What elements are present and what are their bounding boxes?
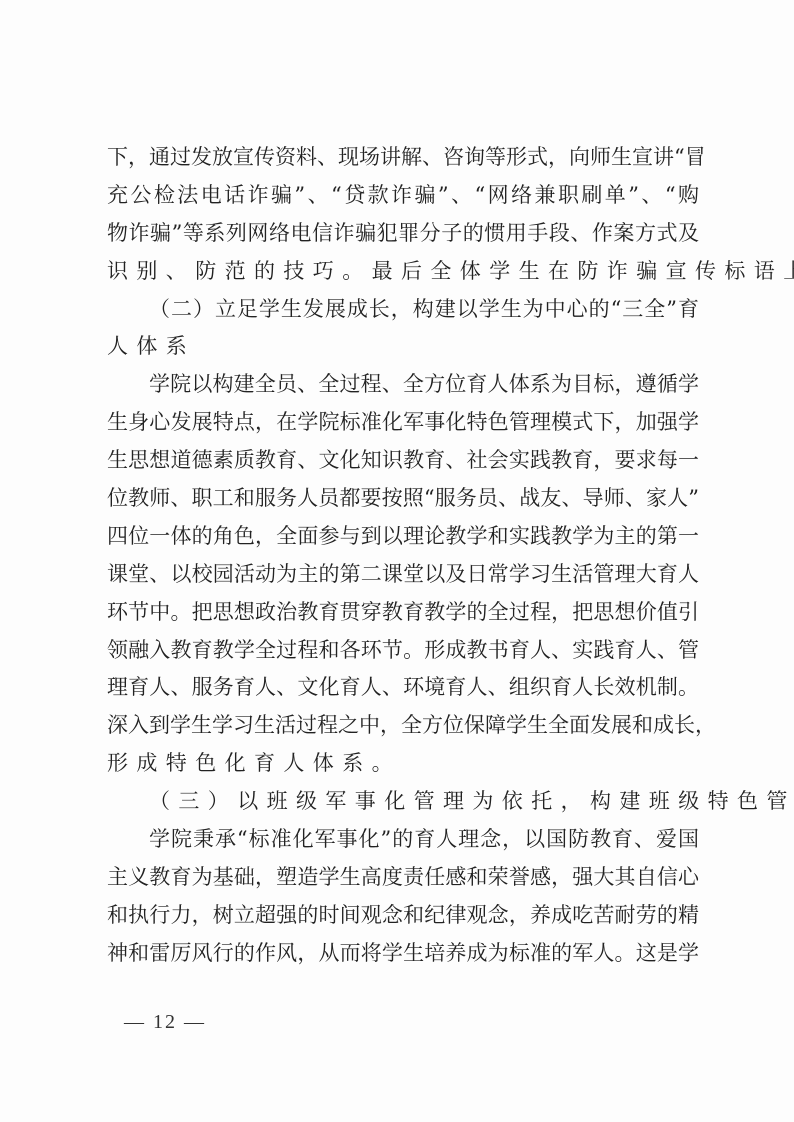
text-line: 生身心发展特点，在学院标准化军事化特色管理模式下，加强学 (107, 404, 699, 442)
section-heading-3: （三）以班级军事化管理为依托，构建班级特色管理模式 (107, 783, 699, 821)
text-line: 神和雷厉风行的作风，从而将学生培养成为标准的军人。这是学 (107, 935, 699, 973)
text-line: 位教师、职工和服务人员都要按照“服务员、战友、导师、家人” (107, 480, 699, 518)
text-line: 四位一体的角色，全面参与到以理论教学和实践教学为主的第一 (107, 518, 699, 556)
text-line: 形成特色化育人体系。 (107, 745, 699, 783)
document-page: 下，通过发放宣传资料、现场讲解、咨询等形式，向师生宣讲“冒 充公检法电话诈骗”、… (0, 0, 794, 1122)
text-line: 深入到学生学习生活过程之中，全方位保障学生全面发展和成长， (107, 707, 699, 745)
section-heading-2: （二）立足学生发展成长，构建以学生为中心的“三全”育 (107, 291, 699, 329)
text-line: 物诈骗”等系列网络电信诈骗犯罪分子的惯用手段、作案方式及 (107, 215, 699, 253)
body-text: 下，通过发放宣传资料、现场讲解、咨询等形式，向师生宣讲“冒 充公检法电话诈骗”、… (107, 139, 699, 973)
text-line: 环节中。把思想政治教育贯穿教育教学的全过程，把思想价值引 (107, 594, 699, 632)
text-line: 主义教育为基础，塑造学生高度责任感和荣誉感，强大其自信心 (107, 859, 699, 897)
text-line: 理育人、服务育人、文化育人、环境育人、组织育人长效机制。 (107, 669, 699, 707)
text-line: 学院秉承“标准化军事化”的育人理念，以国防教育、爱国 (107, 821, 699, 859)
text-line: 领融入教育教学全过程和各环节。形成教书育人、实践育人、管 (107, 632, 699, 670)
text-line: 识别、防范的技巧。最后全体学生在防诈骗宣传标语上签名。 (107, 253, 699, 291)
text-line: 生思想道德素质教育、文化知识教育、社会实践教育，要求每一 (107, 442, 699, 480)
text-line: 学院以构建全员、全过程、全方位育人体系为目标，遵循学 (107, 366, 699, 404)
section-heading-2-cont: 人体系 (107, 328, 699, 366)
text-line: 课堂、以校园活动为主的第二课堂以及日常学习生活管理大育人 (107, 556, 699, 594)
text-line: 充公检法电话诈骗”、“贷款诈骗”、“网络兼职刷单”、“购 (107, 177, 699, 215)
text-line: 和执行力，树立超强的时间观念和纪律观念，养成吃苦耐劳的精 (107, 897, 699, 935)
text-line: 下，通过发放宣传资料、现场讲解、咨询等形式，向师生宣讲“冒 (107, 139, 699, 177)
page-number: — 12 — (124, 1011, 206, 1034)
